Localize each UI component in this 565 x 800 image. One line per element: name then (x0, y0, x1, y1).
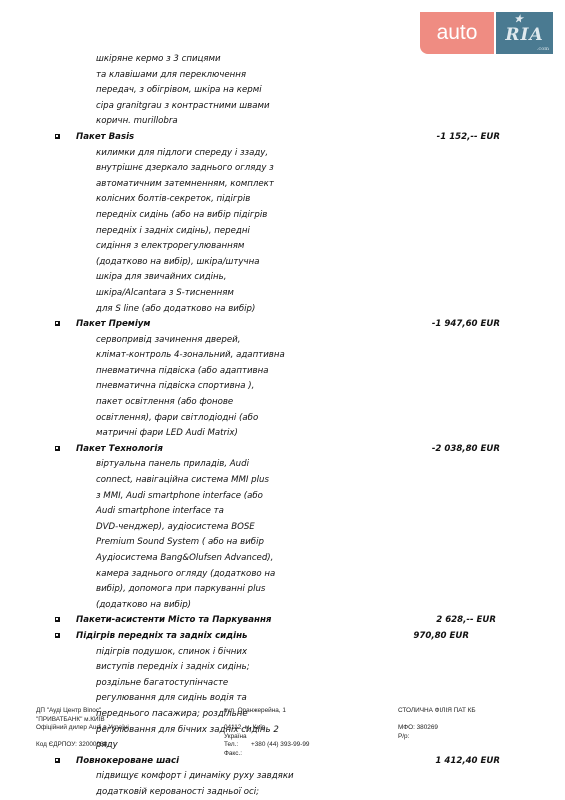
phone-number: +380 (44) 393-99-99 (251, 741, 309, 750)
description-line: пакет освітлення (або фонове (96, 395, 296, 411)
option-description: віртуальна панель приладів, Audiconnect,… (96, 457, 296, 613)
option-price: 970,80 EUR (413, 629, 469, 645)
fax-label: Факс.: (224, 750, 286, 759)
checkbox-square-icon (55, 633, 60, 638)
checkbox-square-icon (55, 446, 60, 451)
option-item: Пакет Технологія-2 038,80 EURвіртуальна … (0, 442, 565, 614)
option-header: Пакет Преміум-1 947,60 EUR (0, 317, 565, 333)
description-line: внутрішнє дзеркало заднього огляду з (96, 161, 296, 177)
option-item: Пакет Преміум-1 947,60 EURсервопривід за… (0, 317, 565, 442)
option-title: Пакет Basis (76, 130, 134, 146)
description-line: віртуальна панель приладів, Audi (96, 457, 296, 473)
description-line: килимки для підлоги спереду і ззаду, (96, 146, 296, 162)
street-address: вул. Оранжерейна, 1 (224, 707, 286, 716)
description-line: та клавішами для переключення (96, 68, 296, 84)
description-line: сервопривід зачинення дверей, (96, 333, 296, 349)
option-title: Пакет Преміум (76, 317, 150, 333)
description-line: освітлення), фари світлодіодні (або (96, 411, 296, 427)
description-line: шкіра для звичайних сидінь, (96, 270, 296, 286)
checkbox-square-icon (55, 321, 60, 326)
phone-label: Тел.: (224, 741, 238, 748)
bank-name: "ПРИВАТБАНК" м.КИЇВ (36, 716, 129, 725)
option-price: -1 152,-- EUR (437, 130, 500, 146)
option-title: Пакет Технологія (76, 442, 163, 458)
option-header: Підігрів передніх та задніх сидінь970,80… (0, 629, 565, 645)
edrpou-code: Код ЄДРПОУ: 32000038 (36, 741, 129, 750)
option-description: підвищує комфорт і динаміку руху завдяки… (96, 769, 296, 800)
footer-bank: СТОЛИЧНА ФІЛІЯ ПАТ КБ МФО: 380269 Р/р: (398, 707, 476, 741)
description-line: DVD-ченджер), аудіосистема BOSE (96, 520, 296, 536)
option-header: Пакет Basis-1 152,-- EUR (0, 130, 565, 146)
description-line: сидіння з електрорегулюванням (96, 239, 296, 255)
description-line: автоматичним затемненням, комплект (96, 177, 296, 193)
country: Україна (224, 733, 286, 742)
description-line: для S line (або додатково на вибір) (96, 302, 296, 318)
option-item: Пакети-асистенти Місто та Паркування2 62… (0, 613, 565, 629)
continuation-description: шкіряне кермо з 3 спицямита клавішами дл… (96, 52, 296, 130)
star-icon: ★ (514, 14, 523, 25)
description-line: передніх і задніх сидінь), передні (96, 224, 296, 240)
description-line: шкіра/Alcantara з S-тисненням (96, 286, 296, 302)
option-title: Пакети-асистенти Місто та Паркування (76, 613, 271, 629)
description-line: коричн. murillobra (96, 114, 296, 130)
option-description: сервопривід зачинення дверей,клімат-конт… (96, 333, 296, 442)
option-header: Пакет Технологія-2 038,80 EUR (0, 442, 565, 458)
autoria-logo: auto ★ RIA .com (420, 12, 553, 54)
option-title: Підігрів передніх та задніх сидінь (76, 629, 247, 645)
description-line: колісних болтів-секреток, підігрів (96, 192, 296, 208)
option-description: килимки для підлоги спереду і ззаду,внут… (96, 146, 296, 318)
description-line: пневматична підвіска спортивна ), (96, 379, 296, 395)
bank-branch: СТОЛИЧНА ФІЛІЯ ПАТ КБ (398, 707, 476, 716)
description-line: шкіряне кермо з 3 спицями (96, 52, 296, 68)
description-line: пневматична підвіска (або адаптивна (96, 364, 296, 380)
logo-auto-part: auto (420, 12, 494, 54)
mfo-code: МФО: 380269 (398, 724, 476, 733)
option-price: 2 628,-- EUR (436, 613, 496, 629)
description-line: (додатково на вибір) (96, 598, 296, 614)
description-line: передніх сидінь (або на вибір підігрів (96, 208, 296, 224)
description-line: клімат-контроль 4-зональний, адаптивна (96, 348, 296, 364)
footer-company: ДП "Ауді Центр Віпос" "ПРИВАТБАНК" м.КИЇ… (36, 707, 129, 750)
account-label: Р/р: (398, 733, 476, 742)
city: 04112, м. Київ (224, 724, 286, 733)
checkbox-square-icon (55, 617, 60, 622)
description-line: Аудіосистема Bang&Olufsen Advanced), (96, 551, 296, 567)
description-line: Audi smartphone interface та (96, 504, 296, 520)
description-line: матричні фари LED Audi Matrix) (96, 426, 296, 442)
description-line: виступів передніх і задніх сидінь; (96, 660, 296, 676)
description-line: (додатково на вибір), шкіра/штучна (96, 255, 296, 271)
description-line: Premium Sound System ( або на вибір (96, 535, 296, 551)
description-line: підвищує комфорт і динаміку руху завдяки (96, 769, 296, 785)
description-line: роздільне багатоступінчасте (96, 676, 296, 692)
description-line: регулювання для сидінь водія та (96, 691, 296, 707)
option-item: Повнокероване шасі1 412,40 EURпідвищує к… (0, 754, 565, 800)
option-price: -1 947,60 EUR (432, 317, 500, 333)
option-item: Пакет Basis-1 152,-- EURкилимки для підл… (0, 130, 565, 317)
description-line: сіра granitgrau з контрастними швами (96, 99, 296, 115)
description-line: додатковій керованості задньої осі; (96, 785, 296, 800)
option-header: Пакети-асистенти Місто та Паркування2 62… (0, 613, 565, 629)
checkbox-square-icon (55, 758, 60, 763)
options-list: шкіряне кермо з 3 спицямита клавішами дл… (0, 52, 565, 800)
description-line: вибір), допомога при паркуванні plus (96, 582, 296, 598)
option-price: -2 038,80 EUR (432, 442, 500, 458)
option-title: Повнокероване шасі (76, 754, 179, 770)
description-line: з MMI, Audi smartphone interface (або (96, 489, 296, 505)
option-price: 1 412,40 EUR (435, 754, 500, 770)
logo-ria-text: RIA (505, 25, 543, 45)
description-line: підігрів подушок, спинок і бічних (96, 645, 296, 661)
description-line: передач, з обігрівом, шкіра на кермі (96, 83, 296, 99)
phone-row: Тел.: +380 (44) 393-99-99 (224, 741, 286, 750)
dealer-text: Офіційний дилер Audi в Україні (36, 724, 129, 733)
description-line: камера заднього огляду (додатково на (96, 567, 296, 583)
description-line: connect, навігаційна система MMI plus (96, 473, 296, 489)
footer-address: вул. Оранжерейна, 1 04112, м. Київ Украї… (224, 707, 286, 759)
checkbox-square-icon (55, 134, 60, 139)
company-name: ДП "Ауді Центр Віпос" (36, 707, 129, 716)
logo-ria-part: ★ RIA .com (496, 12, 553, 54)
